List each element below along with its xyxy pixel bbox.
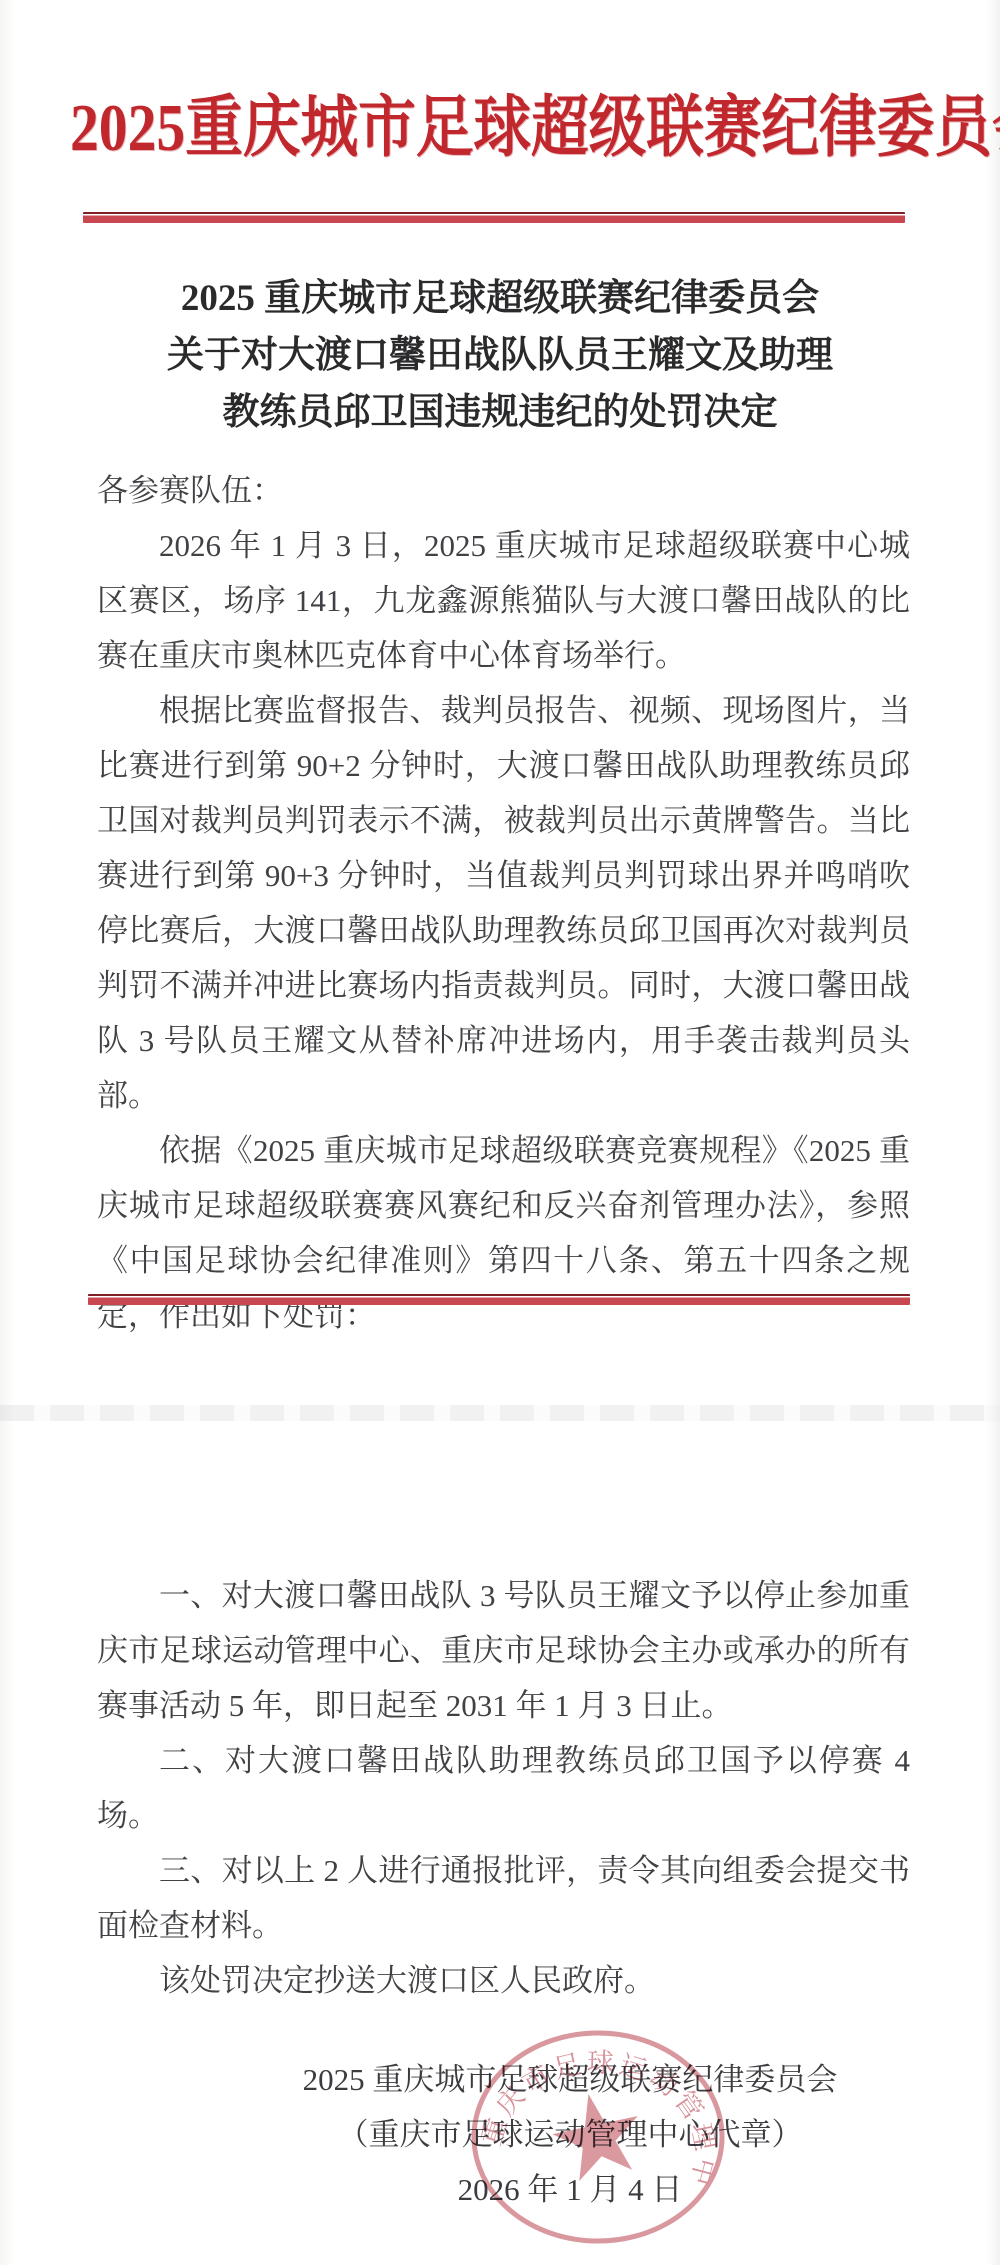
- penalty-item-3: 三、对以上 2 人进行通报批评，责令其向组委会提交书面检查材料。: [97, 1843, 910, 1953]
- title-line-2: 关于对大渡口馨田战队队员王耀文及助理: [0, 327, 1000, 384]
- body-part-2: 一、对大渡口馨田战队 3 号队员王耀文予以停止参加重庆市足球运动管理中心、重庆市…: [97, 1568, 910, 2008]
- penalty-item-1: 一、对大渡口馨田战队 3 号队员王耀文予以停止参加重庆市足球运动管理中心、重庆市…: [97, 1568, 910, 1733]
- body-part-1: 各参赛队伍： 2026 年 1 月 3 日，2025 重庆城市足球超级联赛中心城…: [97, 463, 910, 1343]
- paragraph-match-info: 2026 年 1 月 3 日，2025 重庆城市足球超级联赛中心城区赛区，场序 …: [97, 518, 910, 683]
- signature-date: 2026 年 1 月 4 日: [230, 2162, 910, 2217]
- signature-block: 2025 重庆城市足球超级联赛纪律委员会 （重庆市足球运动管理中心代章） 202…: [230, 2052, 910, 2217]
- cc-note: 该处罚决定抄送大渡口区人民政府。: [97, 1953, 910, 2008]
- header-banner: 2025重庆城市足球超级联赛纪律委员会: [70, 74, 930, 170]
- red-rule-middle: [88, 1294, 910, 1305]
- paragraph-legal-basis: 依据《2025 重庆城市足球超级联赛竞赛规程》《2025 重庆城市足球超级联赛赛…: [97, 1123, 910, 1343]
- salutation: 各参赛队伍：: [97, 463, 910, 518]
- document-title: 2025 重庆城市足球超级联赛纪律委员会 关于对大渡口馨田战队队员王耀文及助理 …: [0, 270, 1000, 441]
- paragraph-incident: 根据比赛监督报告、裁判员报告、视频、现场图片，当比赛进行到第 90+2 分钟时，…: [97, 683, 910, 1123]
- title-line-3: 教练员邱卫国违规违纪的处罚决定: [0, 384, 1000, 441]
- document-page: 2025重庆城市足球超级联赛纪律委员会 2025 重庆城市足球超级联赛纪律委员会…: [0, 0, 1000, 2265]
- page-seam-artifact: [0, 1405, 1000, 1421]
- red-rule-top: [83, 212, 905, 223]
- title-line-1: 2025 重庆城市足球超级联赛纪律委员会: [0, 270, 1000, 327]
- signature-on-behalf: （重庆市足球运动管理中心代章）: [230, 2107, 910, 2162]
- penalty-item-2: 二、对大渡口馨田战队助理教练员邱卫国予以停赛 4 场。: [97, 1733, 910, 1843]
- signature-org: 2025 重庆城市足球超级联赛纪律委员会: [230, 2052, 910, 2107]
